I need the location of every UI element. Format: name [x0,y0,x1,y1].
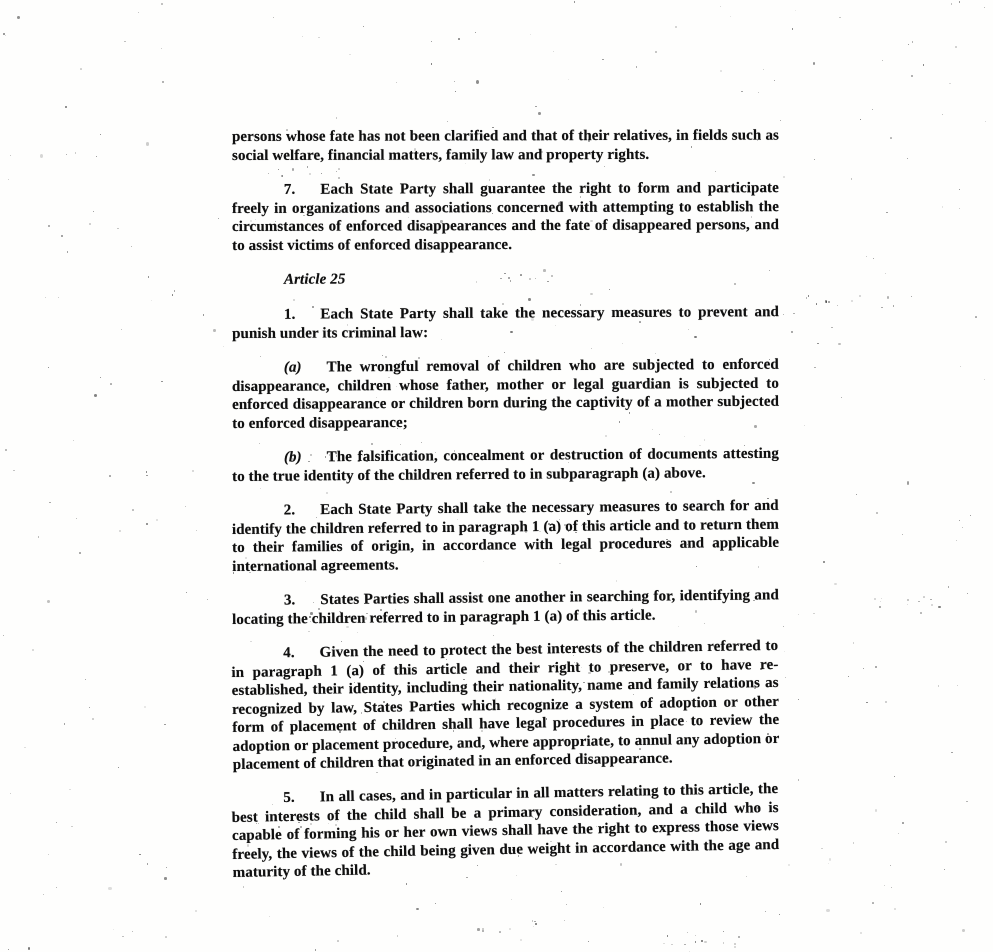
paragraph-text: persons whose fate has not been clarifie… [232,128,779,164]
document-text-block: persons whose fate has not been clarifie… [232,128,779,899]
subparagraph-a: (a)The wrongful removal of children who … [232,355,779,432]
scanned-document-page: persons whose fate has not been clarifie… [0,0,993,952]
paragraph-1: 1.Each State Party shall take the necess… [232,303,779,343]
paragraph-number: 7. [284,182,296,198]
paragraph-text: In all cases, and in particular in all m… [232,781,780,881]
paragraph-2: 2.Each State Party shall take the necess… [232,496,780,575]
paragraph-3: 3.States Parties shall assist one anothe… [232,586,779,629]
paragraph-text: Each State Party shall take the necessar… [232,497,779,574]
paragraph-6-continuation: persons whose fate has not been clarifie… [232,127,779,165]
article-heading: Article 25 [232,269,779,290]
paragraph-text: Each State Party shall take the necessar… [232,304,779,341]
paragraph-5: 5.In all cases, and in particular in all… [231,780,780,883]
paragraph-number: 3. [284,592,296,608]
paragraph-text: Given the need to protect the best inter… [231,637,779,772]
paragraph-number: 4. [283,645,295,661]
paragraph-number: 1. [284,306,296,322]
paragraph-text: The wrongful removal of children who are… [232,356,779,431]
paragraph-number: 2. [284,502,296,518]
subparagraph-b: (b)The falsification, concealment or des… [232,444,779,485]
paragraph-text: Each State Party shall guarantee the rig… [232,180,779,253]
paragraph-4: 4.Given the need to protect the best int… [231,636,780,774]
subparagraph-letter: (b) [284,449,302,465]
paragraph-7: 7.Each State Party shall guarantee the r… [232,179,779,255]
paragraph-number: 5. [283,790,295,806]
paragraph-text: The falsification, concealment or destru… [232,445,779,484]
paragraph-text: States Parties shall assist one another … [232,587,779,627]
subparagraph-letter: (a) [284,359,302,375]
